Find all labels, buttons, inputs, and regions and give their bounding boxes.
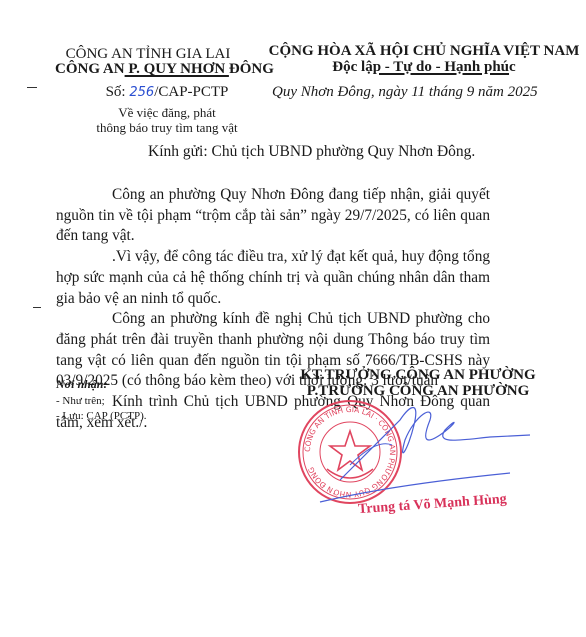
paragraph: Công an phường Quy Nhơn Đông đang tiếp n… [56, 185, 490, 247]
national-title: CỘNG HÒA XÃ HỘI CHỦ NGHĨA VIỆT NAM [264, 43, 584, 60]
document-number: Số: 256/CAP-PCTP [72, 84, 262, 101]
org-name: CÔNG AN P. QUY NHƠN ĐÔNG [55, 61, 249, 78]
place-date: Quy Nhơn Đông, ngày 11 tháng 9 năm 2025 [272, 84, 538, 101]
signature-title: KT.TRƯỞNG CÔNG AN PHƯỜNG [298, 367, 538, 384]
recipient-line: Kính gửi: Chủ tịch UBND phường Quy Nhơn … [148, 143, 475, 161]
national-motto: Độc lập - Tự do - Hạnh phúc [264, 59, 584, 76]
subject-line: thông báo truy tìm tang vật [72, 120, 262, 136]
paragraph: .Vì vậy, để công tác điều tra, xử lý đạt… [56, 247, 490, 309]
receiver-item: - Như trên; [56, 395, 105, 407]
receiver-item: - Lưu: CAP (PCTP). [56, 410, 147, 422]
handwritten-signature-icon [310, 395, 550, 505]
scan-mark [33, 307, 41, 308]
subject-line: Về việc đăng, phát [72, 105, 262, 121]
scan-mark [27, 87, 37, 88]
handwritten-number: 256 [129, 85, 154, 100]
receivers-title: Nơi nhận: [56, 377, 107, 392]
